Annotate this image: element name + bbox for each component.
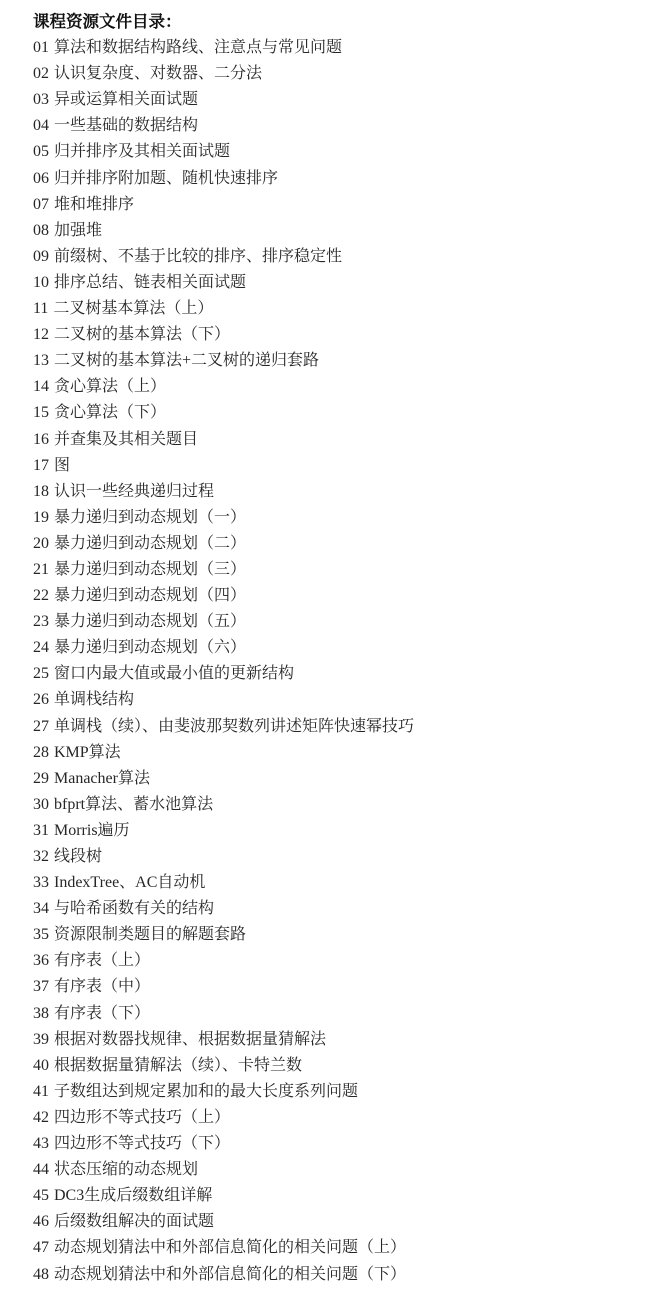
item-number: 04 (33, 113, 49, 139)
item-label: 暴力递归到动态规划（三） (54, 561, 246, 578)
item-number: 05 (33, 139, 49, 165)
item-label: 一些基础的数据结构 (54, 117, 198, 134)
item-label: 算法和数据结构路线、注意点与常见问题 (54, 39, 342, 56)
item-number: 15 (33, 400, 49, 426)
list-item: 02认识复杂度、对数器、二分法 (33, 61, 640, 87)
item-number: 29 (33, 766, 49, 792)
list-item: 05归并排序及其相关面试题 (33, 139, 640, 165)
item-label: 有序表（上） (54, 952, 150, 969)
item-number: 22 (33, 583, 49, 609)
item-label: 贪心算法（上） (54, 378, 166, 395)
list-item: 26单调栈结构 (33, 687, 640, 713)
item-label: 二叉树的基本算法+二叉树的递归套路 (54, 352, 319, 369)
item-number: 32 (33, 844, 49, 870)
list-item: 39根据对数器找规律、根据数据量猜解法 (33, 1027, 640, 1053)
item-number: 10 (33, 270, 49, 296)
item-number: 31 (33, 818, 49, 844)
item-label: 二叉树的基本算法（下） (54, 326, 230, 343)
list-item: 25窗口内最大值或最小值的更新结构 (33, 661, 640, 687)
item-number: 20 (33, 531, 49, 557)
list-item: 27单调栈（续）、由斐波那契数列讲述矩阵快速幂技巧 (33, 714, 640, 740)
list-item: 03异或运算相关面试题 (33, 87, 640, 113)
item-number: 02 (33, 61, 49, 87)
list-item: 14贪心算法（上） (33, 374, 640, 400)
item-label: 排序总结、链表相关面试题 (54, 274, 246, 291)
item-number: 30 (33, 792, 49, 818)
item-label: 四边形不等式技巧（上） (54, 1109, 230, 1126)
item-label: 归并排序及其相关面试题 (54, 143, 230, 160)
item-number: 27 (33, 714, 49, 740)
list-item: 24暴力递归到动态规划（六） (33, 635, 640, 661)
item-number: 33 (33, 870, 49, 896)
item-number: 28 (33, 740, 49, 766)
item-number: 13 (33, 348, 49, 374)
list-item: 34与哈希函数有关的结构 (33, 896, 640, 922)
item-number: 34 (33, 896, 49, 922)
item-label: 单调栈结构 (54, 691, 134, 708)
item-label: 贪心算法（下） (54, 404, 166, 421)
item-label: 异或运算相关面试题 (54, 91, 198, 108)
item-label: 子数组达到规定累加和的最大长度系列问题 (54, 1083, 358, 1100)
list-item: 42四边形不等式技巧（上） (33, 1105, 640, 1131)
item-label: 暴力递归到动态规划（四） (54, 587, 246, 604)
list-item: 16并查集及其相关题目 (33, 427, 640, 453)
item-number: 21 (33, 557, 49, 583)
item-number: 26 (33, 687, 49, 713)
list-item: 11二叉树基本算法（上） (33, 296, 640, 322)
item-number: 40 (33, 1053, 49, 1079)
item-label: 窗口内最大值或最小值的更新结构 (54, 665, 294, 682)
list-item: 37有序表（中） (33, 974, 640, 1000)
list-item: 30bfprt算法、蓄水池算法 (33, 792, 640, 818)
item-number: 17 (33, 453, 49, 479)
item-label: 并查集及其相关题目 (54, 431, 198, 448)
item-label: 暴力递归到动态规划（六） (54, 639, 246, 656)
item-label: 加强堆 (54, 222, 102, 239)
item-label: 根据数据量猜解法（续）、卡特兰数 (54, 1057, 302, 1074)
item-number: 07 (33, 192, 49, 218)
list-item: 38有序表（下） (33, 1001, 640, 1027)
item-number: 48 (33, 1262, 49, 1288)
list-item: 21暴力递归到动态规划（三） (33, 557, 640, 583)
item-number: 36 (33, 948, 49, 974)
list-item: 41子数组达到规定累加和的最大长度系列问题 (33, 1079, 640, 1105)
list-item: 48动态规划猜法中和外部信息简化的相关问题（下） (33, 1262, 640, 1288)
item-number: 45 (33, 1183, 49, 1209)
item-label: 暴力递归到动态规划（五） (54, 613, 246, 630)
document-page: 课程资源文件目录： 01算法和数据结构路线、注意点与常见问题 02认识复杂度、对… (0, 0, 650, 1290)
item-number: 47 (33, 1235, 49, 1261)
item-number: 19 (33, 505, 49, 531)
item-label: 动态规划猜法中和外部信息简化的相关问题（下） (54, 1266, 406, 1283)
item-number: 42 (33, 1105, 49, 1131)
item-number: 12 (33, 322, 49, 348)
item-label: 动态规划猜法中和外部信息简化的相关问题（上） (54, 1239, 406, 1256)
item-label: 堆和堆排序 (54, 196, 134, 213)
item-number: 37 (33, 974, 49, 1000)
item-number: 43 (33, 1131, 49, 1157)
item-number: 23 (33, 609, 49, 635)
item-label: bfprt算法、蓄水池算法 (54, 796, 213, 813)
item-label: 图 (54, 457, 70, 474)
item-label: 暴力递归到动态规划（二） (54, 535, 246, 552)
item-label: 四边形不等式技巧（下） (54, 1135, 230, 1152)
list-item: 13二叉树的基本算法+二叉树的递归套路 (33, 348, 640, 374)
list-item: 23暴力递归到动态规划（五） (33, 609, 640, 635)
item-label: 二叉树基本算法（上） (53, 300, 213, 317)
list-item: 35资源限制类题目的解题套路 (33, 922, 640, 948)
item-label: 暴力递归到动态规划（一） (54, 509, 246, 526)
list-item: 04一些基础的数据结构 (33, 113, 640, 139)
list-item: 08加强堆 (33, 218, 640, 244)
item-number: 16 (33, 427, 49, 453)
list-item: 17图 (33, 453, 640, 479)
item-label: IndexTree、AC自动机 (54, 874, 205, 891)
list-item: 09前缀树、不基于比较的排序、排序稳定性 (33, 244, 640, 270)
list-item: 43四边形不等式技巧（下） (33, 1131, 640, 1157)
list-item: 28KMP算法 (33, 740, 640, 766)
page-title: 课程资源文件目录： (33, 9, 640, 35)
item-number: 09 (33, 244, 49, 270)
item-label: 有序表（下） (54, 1005, 150, 1022)
list-item: 10排序总结、链表相关面试题 (33, 270, 640, 296)
item-number: 03 (33, 87, 49, 113)
item-number: 41 (33, 1079, 49, 1105)
item-number: 18 (33, 479, 49, 505)
item-label: KMP算法 (54, 744, 121, 761)
list-item: 40根据数据量猜解法（续）、卡特兰数 (33, 1053, 640, 1079)
item-number: 25 (33, 661, 49, 687)
list-item: 44状态压缩的动态规划 (33, 1157, 640, 1183)
item-label: 资源限制类题目的解题套路 (54, 926, 246, 943)
item-number: 01 (33, 35, 49, 61)
course-file-list: 01算法和数据结构路线、注意点与常见问题 02认识复杂度、对数器、二分法 03异… (33, 35, 640, 1288)
list-item: 45DC3生成后缀数组详解 (33, 1183, 640, 1209)
item-label: 单调栈（续）、由斐波那契数列讲述矩阵快速幂技巧 (54, 718, 414, 735)
list-item: 20暴力递归到动态规划（二） (33, 531, 640, 557)
item-number: 14 (33, 374, 49, 400)
item-number: 11 (33, 296, 48, 322)
item-number: 24 (33, 635, 49, 661)
item-label: 归并排序附加题、随机快速排序 (54, 170, 278, 187)
item-number: 38 (33, 1001, 49, 1027)
item-number: 46 (33, 1209, 49, 1235)
list-item: 22暴力递归到动态规划（四） (33, 583, 640, 609)
item-label: 后缀数组解决的面试题 (54, 1213, 214, 1230)
item-number: 08 (33, 218, 49, 244)
list-item: 19暴力递归到动态规划（一） (33, 505, 640, 531)
item-number: 39 (33, 1027, 49, 1053)
list-item: 15贪心算法（下） (33, 400, 640, 426)
list-item: 29Manacher算法 (33, 766, 640, 792)
list-item: 01算法和数据结构路线、注意点与常见问题 (33, 35, 640, 61)
list-item: 31Morris遍历 (33, 818, 640, 844)
item-label: 有序表（中） (54, 978, 150, 995)
item-label: DC3生成后缀数组详解 (54, 1187, 212, 1204)
item-label: 与哈希函数有关的结构 (54, 900, 214, 917)
item-label: 前缀树、不基于比较的排序、排序稳定性 (54, 248, 342, 265)
item-label: 线段树 (54, 848, 102, 865)
item-number: 06 (33, 166, 49, 192)
list-item: 06归并排序附加题、随机快速排序 (33, 166, 640, 192)
list-item: 32线段树 (33, 844, 640, 870)
list-item: 18认识一些经典递归过程 (33, 479, 640, 505)
list-item: 46后缀数组解决的面试题 (33, 1209, 640, 1235)
item-label: 状态压缩的动态规划 (54, 1161, 198, 1178)
item-number: 44 (33, 1157, 49, 1183)
item-number: 35 (33, 922, 49, 948)
item-label: 认识一些经典递归过程 (54, 483, 214, 500)
list-item: 33IndexTree、AC自动机 (33, 870, 640, 896)
item-label: 认识复杂度、对数器、二分法 (54, 65, 262, 82)
list-item: 47动态规划猜法中和外部信息简化的相关问题（上） (33, 1235, 640, 1261)
list-item: 12二叉树的基本算法（下） (33, 322, 640, 348)
list-item: 36有序表（上） (33, 948, 640, 974)
list-item: 07堆和堆排序 (33, 192, 640, 218)
item-label: Manacher算法 (54, 770, 150, 787)
item-label: Morris遍历 (54, 822, 130, 839)
item-label: 根据对数器找规律、根据数据量猜解法 (54, 1031, 326, 1048)
